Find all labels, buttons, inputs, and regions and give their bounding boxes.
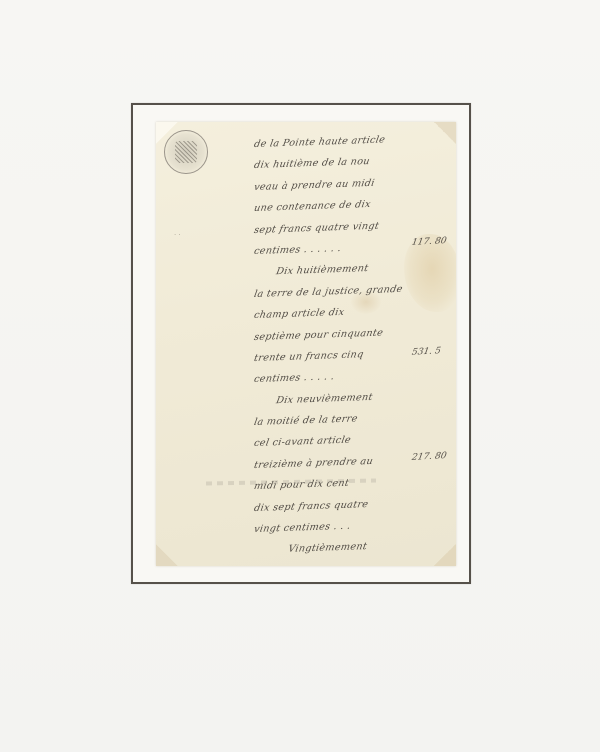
amount-annotation: 531. 5 xyxy=(411,346,442,357)
embossed-seal-icon xyxy=(164,130,208,174)
seal-emblem-icon xyxy=(175,141,197,163)
manuscript-page: · · de la Pointe haute article dix huiti… xyxy=(156,122,456,566)
margin-mark: · · xyxy=(174,231,181,239)
amount-annotation: 217. 80 xyxy=(411,451,447,463)
amount-annotation: 117. 80 xyxy=(411,236,447,248)
matted-document-photo: · · de la Pointe haute article dix huiti… xyxy=(0,0,600,752)
page-corner-bottom-left xyxy=(156,544,178,566)
